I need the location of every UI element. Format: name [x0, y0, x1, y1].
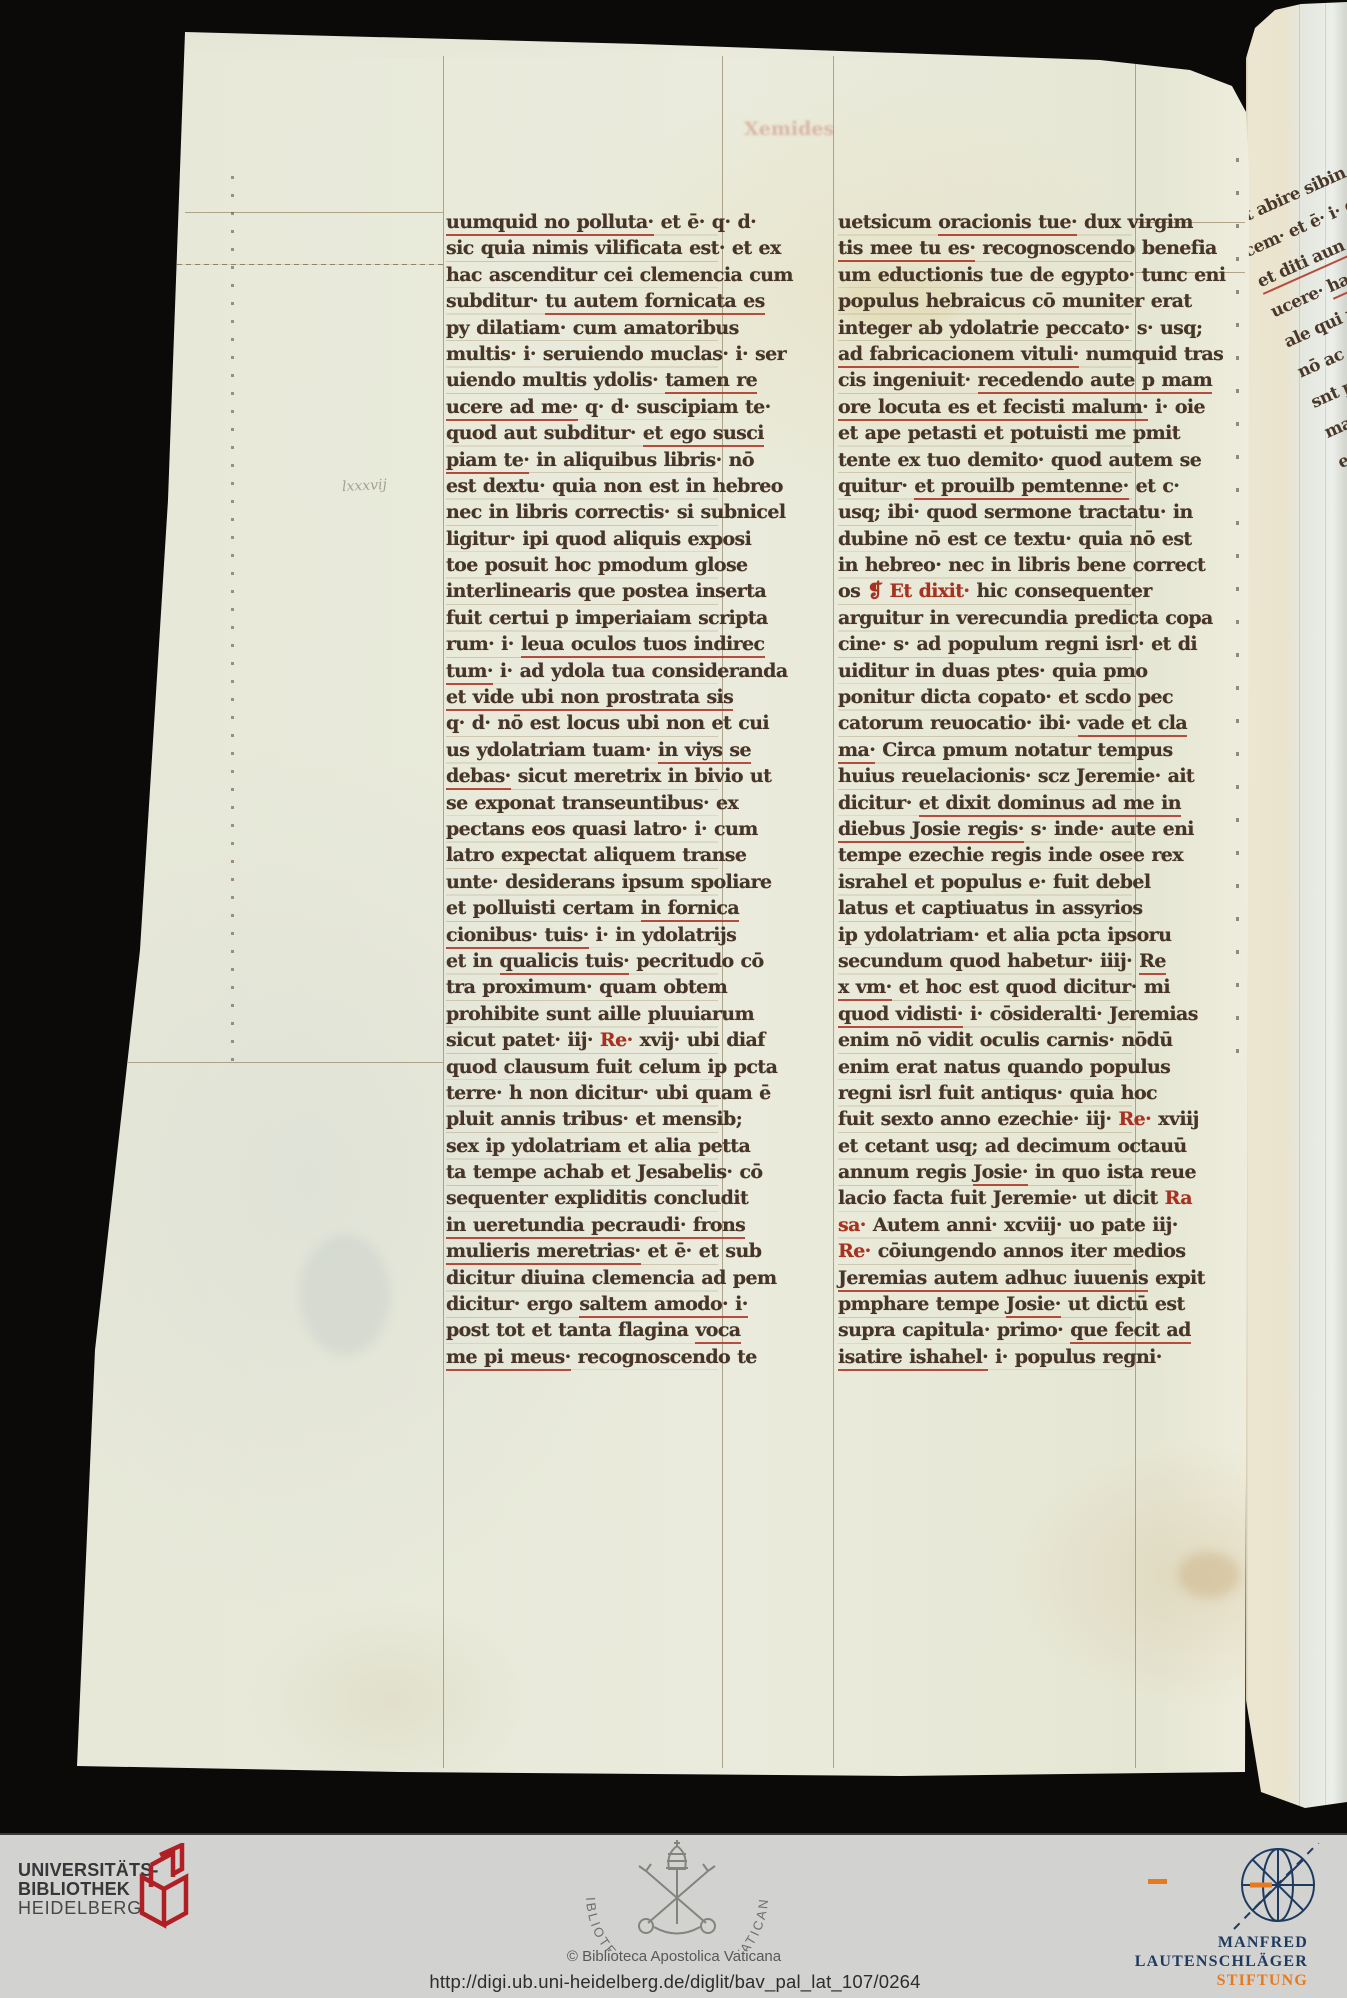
manuscript-text-line: Re· cōiungendo annos iter medios	[838, 1238, 1132, 1264]
manuscript-text-line: quod vidisti· i· cōsideralti· Jeremias	[838, 1001, 1132, 1027]
manuscript-text-line: ligitur· ipi quod aliquis exposi	[446, 526, 718, 552]
manuscript-text-line: catorum reuocatio· ibi· vade et cla	[838, 710, 1132, 736]
manuscript-text-line: annum regis Josie· in quo ista reue	[838, 1159, 1132, 1185]
manuscript-text-line: dicitur diuina clemencia ad pem	[446, 1265, 718, 1291]
manuscript-page: Xemides lxxxvij uumquid no polluta· et ē…	[0, 0, 1347, 1833]
pricking-marks-right	[1236, 158, 1239, 1060]
manuscript-text-line: uumquid no polluta· et ē· q· d·	[446, 209, 718, 235]
manuscript-text-line: quod clausum fuit celum ip pcta	[446, 1054, 718, 1080]
manuscript-column-1: uumquid no polluta· et ē· q· d·sic quia …	[446, 209, 718, 1370]
manuscript-text-line: sequenter expliditis concludit	[446, 1185, 718, 1211]
manuscript-text-line: et vide ubi non prostrata sis	[446, 684, 718, 710]
manuscript-text-line: secundum quod habetur· iiij· Re	[838, 948, 1132, 974]
manuscript-text-line: cine· s· ad populum regni isrl· et di	[838, 631, 1132, 657]
manuscript-text-line: interlinearis que postea inserta	[446, 578, 718, 604]
manuscript-text-line: us ydolatriam tuam· in viys se	[446, 737, 718, 763]
manuscript-text-line: unte· desiderans ipsum spoliare	[446, 869, 718, 895]
manuscript-text-line: latro expectat aliquem transe	[446, 842, 718, 868]
manuscript-text-line: enim nō vidit oculis carnis· nōdū	[838, 1027, 1132, 1053]
manuscript-text-line: cionibus· tuis· i· in ydolatrijs	[446, 922, 718, 948]
stiftung-wordmark: MANFRED LAUTENSCHLÄGER STIFTUNG	[1080, 1933, 1308, 1990]
manuscript-text-line: ip ydolatriam· et alia pcta ipsoru	[838, 922, 1132, 948]
manuscript-text-line: prohibite sunt aille pluuiarum	[446, 1001, 718, 1027]
manuscript-text-line: uiendo multis ydolis· tamen re	[446, 367, 718, 393]
manuscript-text-line: lacio facta fuit Jeremie· ut dicit Ra	[838, 1185, 1132, 1211]
manuscript-text-line: in ueretundia pecraudi· frons	[446, 1212, 718, 1238]
manuscript-text-line: tum· i· ad ydola tua consideranda	[446, 658, 718, 684]
parchment-stain	[1178, 1552, 1240, 1598]
pricking-marks-left	[231, 176, 234, 1064]
manuscript-text-line: fuit certui p imperiaiam scripta	[446, 605, 718, 631]
manuscript-text-line: latus et captiuatus in assyrios	[838, 895, 1132, 921]
ruling-line-vertical	[833, 56, 834, 1768]
source-url: http://digi.ub.uni-heidelberg.de/diglit/…	[370, 1971, 980, 1993]
manuscript-text-line: huius reuelacionis· scz Jeremie· ait	[838, 763, 1132, 789]
manuscript-text-line: est dextu· quia non est in hebreo	[446, 473, 718, 499]
next-page-text-block: ist abire sibincem· et ē· i· expoet diti…	[1243, 74, 1347, 1113]
ruling-line-horizontal	[185, 212, 443, 213]
manuscript-text-line: et in qualicis tuis· pecritudo cō	[446, 948, 718, 974]
vatican-arc-text: BIBLIOTECA APOSTOLICA VATICANA	[572, 1839, 771, 1951]
ruling-line-horizontal	[128, 1062, 443, 1063]
manuscript-text-line: Jeremias autem adhuc iuuenis expit	[838, 1265, 1132, 1291]
svg-text:BIBLIOTECA APOSTOLICA VATICANA: BIBLIOTECA APOSTOLICA VATICANA	[572, 1839, 771, 1951]
ruling-line-vertical	[443, 56, 444, 1768]
vatican-copyright: © Biblioteca Apostolica Vaticana	[544, 1948, 804, 1965]
manuscript-text-line: cis ingeniuit· recedendo aute p mam	[838, 367, 1132, 393]
next-pages-edge: ist abire sibincem· et ē· i· expoet diti…	[1243, 0, 1347, 1825]
manuscript-text-line: pmphare tempe Josie· ut dictū est	[838, 1291, 1132, 1317]
manuscript-text-line: quod aut subditur· et ego susci	[446, 420, 718, 446]
manuscript-text-line: integer ab ydolatrie peccato· s· usq;	[838, 315, 1132, 341]
manuscript-text-line: subditur· tu autem fornicata es	[446, 288, 718, 314]
manuscript-text-line: sic quia nimis vilificata est· et ex	[446, 235, 718, 261]
manuscript-text-line: tente ex tuo demito· quod autem se	[838, 447, 1132, 473]
manuscript-text-line: israhel et populus e· fuit debel	[838, 869, 1132, 895]
manuscript-text-line: et cetant usq; ad decimum octauū	[838, 1133, 1132, 1159]
manuscript-text-line: ore locuta es et fecisti malum· i· oie	[838, 394, 1132, 420]
ruling-line-horizontal	[150, 264, 443, 265]
vatican-emblem-group: BIBLIOTECA APOSTOLICA VATICANA	[572, 1839, 782, 1956]
manuscript-text-line: terre· h non dicitur· ubi quam ē	[446, 1080, 718, 1106]
manuscript-text-line: os ❡ Et dixit· hic consequenter	[838, 578, 1132, 604]
manuscript-text-line: post tot et tanta flagina voca	[446, 1317, 718, 1343]
stiftung-line-2: LAUTENSCHLÄGER	[1080, 1952, 1308, 1971]
manuscript-text-line: pluit annis tribus· et mensib;	[446, 1106, 718, 1132]
manuscript-text-line: dicitur· et dixit dominus ad me in	[838, 790, 1132, 816]
manuscript-text-line: hac ascenditur cei clemencia cum	[446, 262, 718, 288]
manuscript-text-line: sicut patet· iij· Re· xvij· ubi diaf	[446, 1027, 718, 1053]
manuscript-text-line: tempe ezechie regis inde osee rex	[838, 842, 1132, 868]
photo-area: ist abire sibincem· et ē· i· expoet diti…	[0, 0, 1347, 1833]
manuscript-text-line: py dilatiam· cum amatoribus	[446, 315, 718, 341]
stiftung-line-1: MANFRED	[1080, 1933, 1308, 1952]
manuscript-text-line: uiditur in duas ptes· quia pmo	[838, 658, 1132, 684]
manuscript-column-2: uetsicum oracionis tue· dux virgimtis me…	[838, 209, 1132, 1370]
manuscript-text-line: rum· i· leua oculos tuos indirec	[446, 631, 718, 657]
manuscript-text-line: ta tempe achab et Jesabelis· cō	[446, 1159, 718, 1185]
manuscript-text-line: pectans eos quasi latro· i· cum	[446, 816, 718, 842]
manuscript-text-line: supra capitula· primo· que fecit ad	[838, 1317, 1132, 1343]
manuscript-text-line: debas· sicut meretrix in bivio ut	[446, 763, 718, 789]
manuscript-text-line: regni isrl fuit antiqus· quia hoc	[838, 1080, 1132, 1106]
manuscript-text-line: ad fabricacionem vituli· numquid tras	[838, 341, 1132, 367]
stiftung-globe-icon	[1228, 1843, 1328, 1940]
manuscript-text-line: enim erat natus quando populus	[838, 1054, 1132, 1080]
manuscript-text-line: toe posuit hoc pmodum glose	[446, 552, 718, 578]
manuscript-text-line: dicitur· ergo saltem amodo· i·	[446, 1291, 718, 1317]
manuscript-text-line: se exponat transeuntibus· ex	[446, 790, 718, 816]
manuscript-text-line: arguitur in verecundia predicta copa	[838, 605, 1132, 631]
stiftung-orange-dash	[1148, 1879, 1167, 1884]
manuscript-text-line: fuit sexto anno ezechie· iij· Re· xviij	[838, 1106, 1132, 1132]
manuscript-text-line: piam te· in aliquibus libris· nō	[446, 447, 718, 473]
manuscript-text-line: multis· i· seruiendo muclas· i· ser	[446, 341, 718, 367]
manuscript-text-line: tra proximum· quam obtem	[446, 974, 718, 1000]
marginal-note: lxxxvij	[342, 477, 388, 495]
manuscript-text-line: populus hebraicus cō muniter erat	[838, 288, 1132, 314]
footer-band: UNIVERSITÄTS- BIBLIOTHEK HEIDELBERG	[0, 1833, 1347, 1998]
manuscript-text-line: x vm· et hoc est quod dicitur· mi	[838, 974, 1132, 1000]
stiftung-line-3: STIFTUNG	[1080, 1971, 1308, 1990]
manuscript-text-line: nec in libris correctis· si subnicel	[446, 499, 718, 525]
manuscript-text-line: uetsicum oracionis tue· dux virgim	[838, 209, 1132, 235]
manuscript-text-line: ucere ad me· q· d· suscipiam te·	[446, 394, 718, 420]
manuscript-text-line: tis mee tu es· recognoscendo benefia	[838, 235, 1132, 261]
manuscript-text-line: in hebreo· nec in libris bene correct	[838, 552, 1132, 578]
manuscript-text-line: q· d· nō est locus ubi non et cui	[446, 710, 718, 736]
manuscript-text-line: et polluisti certam in fornica	[446, 895, 718, 921]
manuscript-text-line: sa· Autem anni· xcviij· uo pate iij·	[838, 1212, 1132, 1238]
manuscript-text-line: diebus Josie regis· s· inde· aute eni	[838, 816, 1132, 842]
manuscript-text-line: ponitur dicta copato· et scdo pec	[838, 684, 1132, 710]
manuscript-text-line: mulieris meretrias· et ē· et sub	[446, 1238, 718, 1264]
vatican-keys-tiara-icon	[639, 1840, 715, 1934]
manuscript-text-line: usq; ibi· quod sermone tractatu· in	[838, 499, 1132, 525]
digitized-manuscript-scan: ist abire sibincem· et ē· i· expoet diti…	[0, 0, 1347, 1998]
manuscript-text-line: quitur· et prouilb pemtenne· et c·	[838, 473, 1132, 499]
ink-showthrough: Xemides	[744, 118, 834, 140]
manuscript-text-line: me pi meus· recognoscendo te	[446, 1344, 718, 1370]
manuscript-text-line: et ape petasti et potuisti me pmit	[838, 420, 1132, 446]
manuscript-text-line: isatire ishahel· i· populus regni·	[838, 1344, 1132, 1370]
ub-heidelberg-book-icon	[134, 1843, 196, 1934]
manuscript-text-line: ma· Circa pmum notatur tempus	[838, 737, 1132, 763]
manuscript-text-line: um eductionis tue de egypto· tunc eni	[838, 262, 1132, 288]
manuscript-text-line: dubine nō est ce textu· quia nō est	[838, 526, 1132, 552]
parchment-stain	[300, 1235, 390, 1355]
manuscript-text-line: sex ip ydolatriam et alia petta	[446, 1133, 718, 1159]
